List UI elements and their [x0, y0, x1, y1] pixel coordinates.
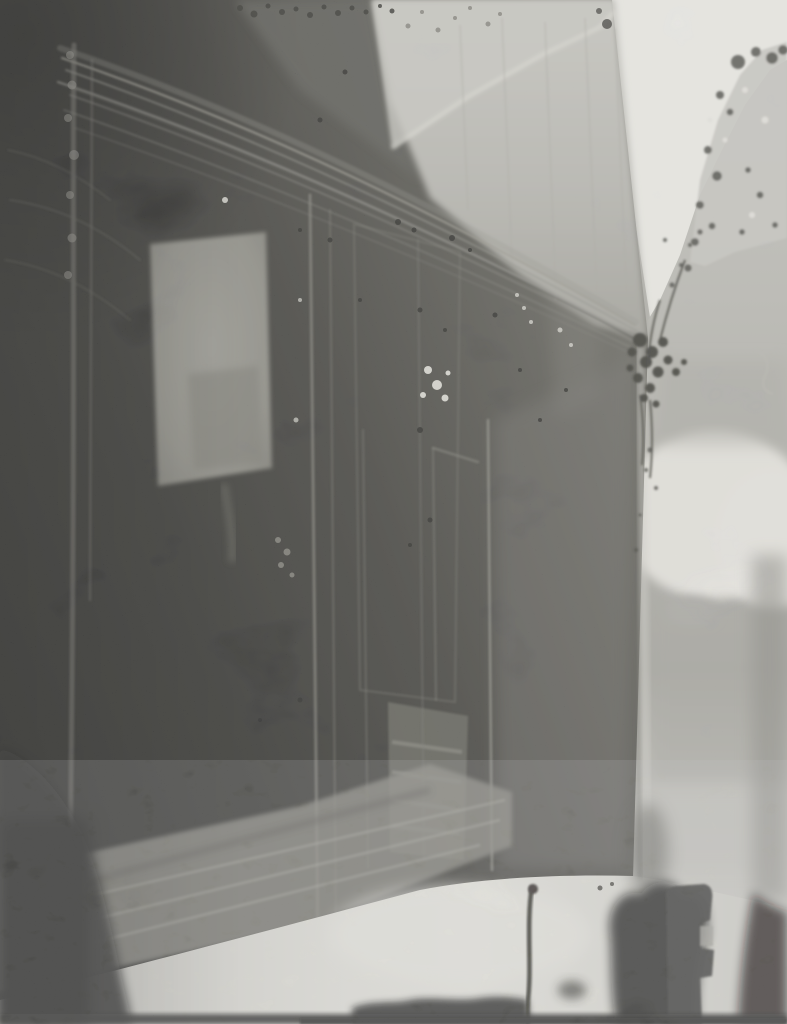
photograph: [0, 0, 787, 1024]
film-texture: [0, 0, 787, 1024]
